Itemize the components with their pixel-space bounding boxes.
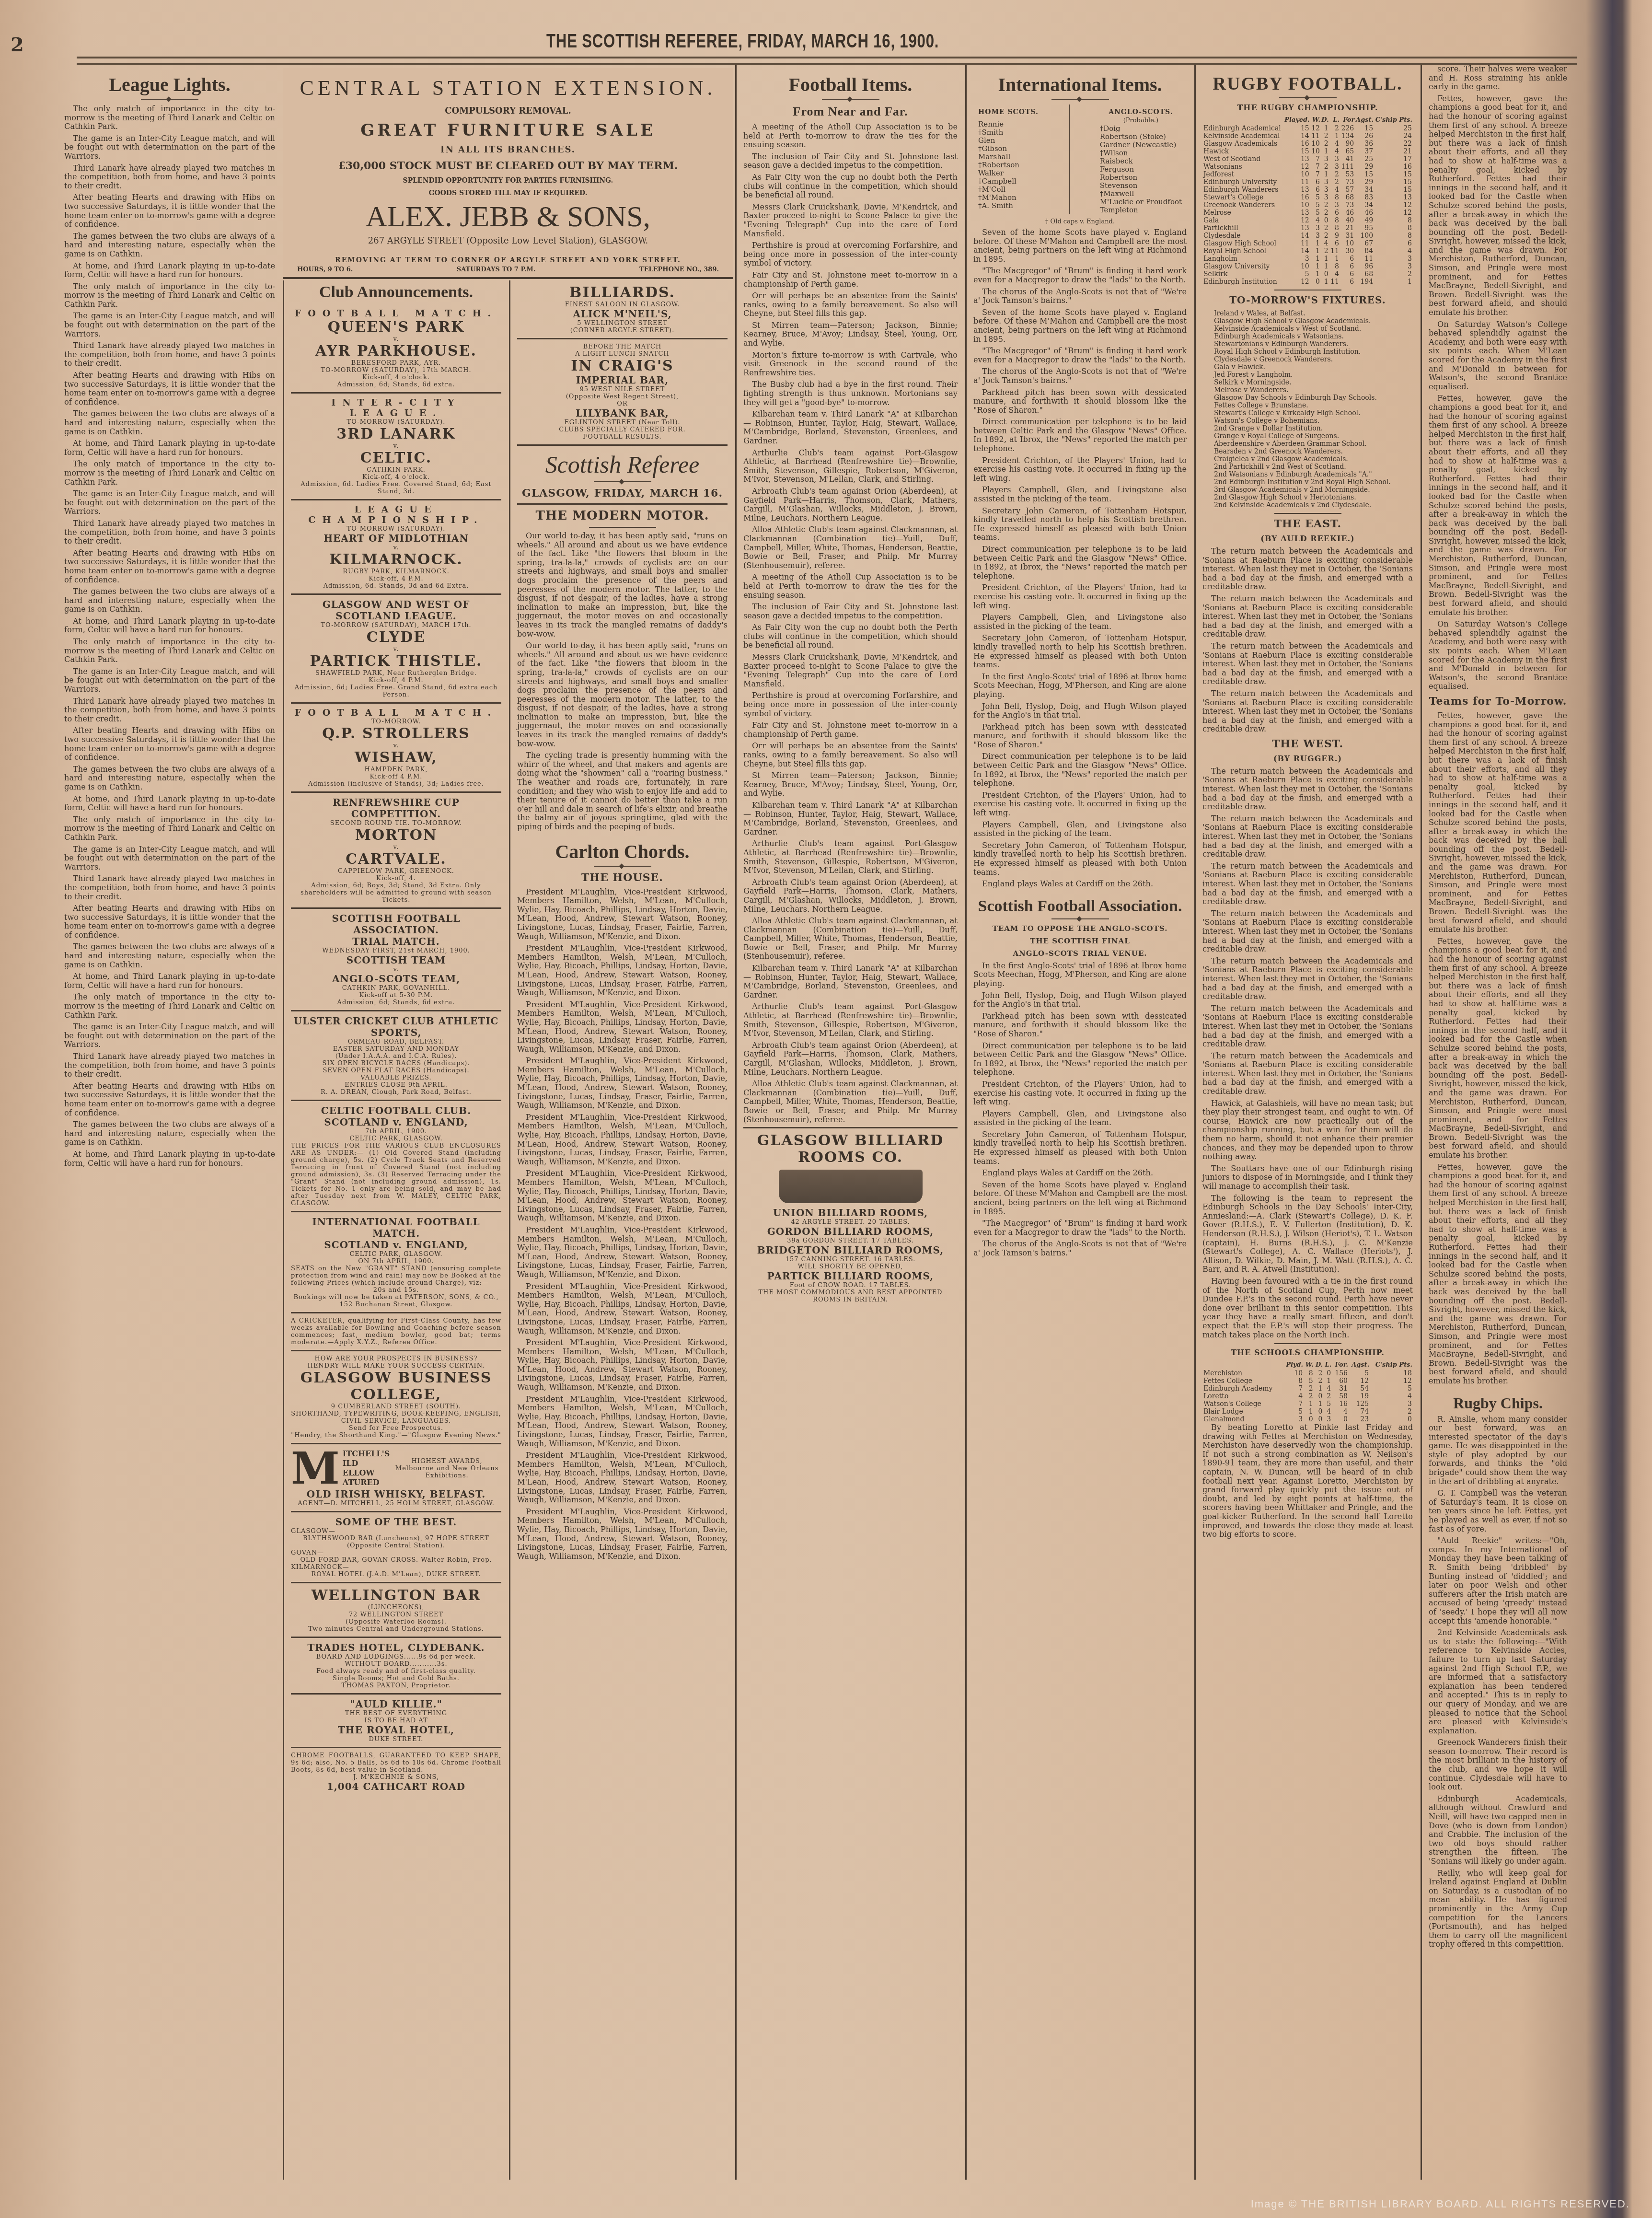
- stat-cell: 31: [1332, 1385, 1349, 1393]
- ad-address: 267 ARGYLE STREET (Opposite Low Level St…: [283, 236, 733, 246]
- stat-cell: 12: [1374, 209, 1413, 217]
- fixture-item: Kelvinside Academicals v West of Scotlan…: [1214, 325, 1413, 333]
- stat-cell: 10: [1340, 240, 1355, 247]
- billiard-table-illustration: [779, 1170, 923, 1203]
- ad-firm-name: IN CRAIG'S: [517, 358, 728, 374]
- table-row: Kelvinside Academical1411211342624: [1202, 132, 1413, 140]
- paragraph: Secretary John Cameron, of Tottenham Hot…: [973, 507, 1187, 542]
- table-row: Merchiston10820156518: [1202, 1370, 1413, 1377]
- section-title-teams: Teams for To-Morrow.: [1429, 695, 1567, 708]
- ad-venue: HAMPDEN PARK,: [291, 766, 501, 773]
- stat-cell: 12: [1370, 1377, 1413, 1385]
- ad-address: 5 WELLINGTON STREET: [517, 320, 728, 327]
- advert-some-of-the-best: SOME OF THE BEST. GLASGOW— BLYTHSWOOD BA…: [291, 1512, 501, 1583]
- stat-cell: 1: [1321, 255, 1329, 263]
- stat-cell: 25: [1374, 125, 1413, 132]
- ad-firm-name: J. M'KECHNIE & SONS,: [291, 1774, 501, 1781]
- stat-cell: 0: [1321, 217, 1329, 224]
- stat-cell: 3: [1329, 163, 1340, 171]
- stat-cell: 16: [1283, 194, 1310, 201]
- paragraph: Third Lanark have already played two mat…: [64, 1052, 275, 1079]
- ad-venue: BERESFORD PARK, AYR.: [291, 360, 501, 367]
- ad-line: GOODS STORED TILL MAY IF REQUIRED.: [283, 189, 733, 197]
- ad-away-team: CARTVALE.: [291, 851, 501, 868]
- column-header: W.: [1310, 116, 1321, 125]
- table-row: Glasgow Academicals161024903622: [1202, 140, 1413, 148]
- table-row: Selkirk51046682: [1202, 270, 1413, 278]
- fixture-item: Jed Forest v Langholm.: [1214, 371, 1413, 379]
- section-subtitle: THE SCOTTISH FINAL: [973, 937, 1187, 945]
- team-name: Watson's College: [1202, 1400, 1283, 1408]
- ad-versus: v.: [291, 966, 501, 973]
- player-name: Marshall: [978, 153, 1039, 161]
- stat-cell: 1: [1310, 270, 1321, 278]
- ad-room-name: GORDON BILLIARD ROOMS,: [743, 1226, 958, 1237]
- stat-cell: 10: [1283, 171, 1310, 178]
- stat-cell: 12: [1310, 125, 1321, 132]
- paragraph: Fettes, however, gave the champions a go…: [1429, 394, 1567, 617]
- team-lists: HOME SCOTS. Rennie†SmithGlen†GibsonMarsh…: [978, 105, 1182, 214]
- stat-cell: 1: [1329, 132, 1340, 140]
- page-number: 2: [11, 34, 24, 56]
- ad-line: R. A. DREAN, Clough, Park Road, Belfast.: [291, 1089, 501, 1096]
- stat-cell: 0: [1332, 1416, 1349, 1423]
- paragraph: The return match between the Academicals…: [1202, 1004, 1413, 1049]
- paragraph: After beating Hearts and drawing with Hi…: [64, 193, 275, 229]
- advert-celtic-football-club: CELTIC FOOTBALL CLUB. SCOTLAND v. ENGLAN…: [291, 1101, 501, 1212]
- ad-line: IS TO BE HAD AT: [291, 1717, 501, 1724]
- stat-cell: 15: [1355, 171, 1374, 178]
- paragraph: Parkhead pitch has been sown with dessic…: [973, 723, 1187, 750]
- stat-cell: 29: [1355, 178, 1374, 186]
- stat-cell: 3: [1321, 186, 1329, 194]
- table-row: Glenalmond30030230: [1202, 1416, 1413, 1423]
- stat-cell: 14: [1283, 247, 1310, 255]
- home-scots-list: HOME SCOTS. Rennie†SmithGlen†GibsonMarsh…: [978, 105, 1039, 214]
- section-title-international-items: International Items.: [973, 73, 1187, 96]
- column-editorial: BILLIARDS. FINEST SALOON IN GLASGOW. ALI…: [509, 280, 734, 2180]
- furniture-sale-advert: CENTRAL STATION EXTENSION. COMPULSORY RE…: [283, 68, 733, 279]
- byline: (BY AULD REEKIE.): [1202, 534, 1413, 543]
- ornament-divider: [141, 99, 198, 100]
- paragraph: "The Macgregor" of "Brum" is finding it …: [973, 267, 1187, 284]
- paragraph: President M'Laughlin, Vice-President Kir…: [517, 1169, 728, 1223]
- paragraph: The only match of importance in the city…: [64, 460, 275, 487]
- ad-heading: INTER-CITY LEAGUE.: [291, 397, 501, 418]
- ad-heading: RENFREWSHIRE CUP COMPETITION.: [291, 797, 501, 820]
- paragraph: Perthshire is proud at overcoming Forfar…: [743, 691, 958, 718]
- ad-body: THE PRICES FOR THE VARIOUS CLUB ENCLOSUR…: [291, 1142, 501, 1207]
- ad-line: OR: [517, 400, 728, 407]
- paragraph: The game is an Inter-City League match, …: [64, 489, 275, 516]
- fixture-item: 2nd Partickhill v 2nd West of Scotland.: [1214, 463, 1413, 471]
- paragraph: By beating Loretto at Pinkie last Friday…: [1202, 1423, 1413, 1539]
- ad-match: SCOTLAND v. ENGLAND,: [291, 1239, 501, 1251]
- paragraph: Messrs Clark Cruickshank, Davie, M'Kendr…: [743, 203, 958, 238]
- stat-cell: 2: [1329, 171, 1340, 178]
- stat-cell: 0: [1314, 1416, 1324, 1423]
- ad-line: REMOVING AT TERM TO CORNER OF ARGYLE STR…: [283, 256, 733, 264]
- advert-wellington-bar: WELLINGTON BAR (LUNCHEONS), 72 WELLINGTO…: [291, 1583, 501, 1638]
- paragraph: Direct communication per telephone is to…: [973, 545, 1187, 581]
- advert-chrome-footballs: CHROME FOOTBALLS, GUARANTEED TO KEEP SHA…: [291, 1748, 501, 1796]
- ad-line: £30,000 STOCK MUST BE CLEARED OUT BY MAY…: [283, 160, 733, 172]
- paragraph: Alloa Athletic Club's team against Clack…: [743, 525, 958, 570]
- paragraph: The return match between the Academicals…: [1202, 642, 1413, 686]
- paragraph: The inclusion of Fair City and St. Johns…: [743, 152, 958, 170]
- stat-cell: 10: [1283, 201, 1310, 209]
- stat-cell: 8: [1329, 194, 1340, 201]
- paragraph: President Crichton, of the Players' Unio…: [973, 456, 1187, 483]
- fixture-item: Glasgow Day Schools v Edinburgh Day Scho…: [1214, 394, 1413, 402]
- paragraph: Orr will perhaps be an absentee from the…: [743, 742, 958, 768]
- stat-cell: 2: [1323, 1393, 1332, 1400]
- stat-cell: 13: [1374, 194, 1413, 201]
- stat-cell: 4: [1332, 1408, 1349, 1416]
- list-heading: ANGLO-SCOTS.: [1100, 108, 1182, 116]
- stat-cell: 22: [1374, 140, 1413, 148]
- stat-cell: 4: [1329, 270, 1340, 278]
- paragraph: Secretary John Cameron, of Tottenham Hot…: [973, 1130, 1187, 1166]
- stat-cell: 8: [1329, 263, 1340, 270]
- column-header: Agst.: [1349, 1361, 1370, 1370]
- stat-cell: 1: [1321, 171, 1329, 178]
- column-header: C'ship Pts.: [1374, 116, 1413, 125]
- team-name: Langholm: [1202, 255, 1283, 263]
- fixture-item: Gala v Hawick.: [1214, 363, 1413, 371]
- paragraph: Having been favoured with a tie in the f…: [1202, 1277, 1413, 1339]
- fixture-item: Aberdeenshire v Aberdeen Grammar School.: [1214, 440, 1413, 448]
- paragraph: President Crichton, of the Players' Unio…: [973, 1080, 1187, 1107]
- paragraph: Messrs Clark Cruickshank, Davie, M'Kendr…: [743, 653, 958, 688]
- ad-date: TO-MORROW (SATURDAY).: [291, 418, 501, 426]
- paragraph: R. Ainslie, whom many consider our best …: [1429, 1415, 1567, 1486]
- section-title-football-items: Football Items.: [743, 73, 958, 96]
- paragraph: Third Lanark have already played two mat…: [64, 341, 275, 368]
- stat-cell: 5: [1283, 1408, 1304, 1416]
- ad-firm-name: TRADES HOTEL, CLYDEBANK.: [291, 1642, 501, 1653]
- table-row: Langholm31116113: [1202, 255, 1413, 263]
- fixture-item: Bearsden v 2nd Greenock Wanderers.: [1214, 448, 1413, 455]
- team-name: Glasgow University: [1202, 263, 1283, 270]
- paragraph: John Bell, Hyslop, Doig, and Hugh Wilson…: [973, 702, 1187, 720]
- stat-cell: 156: [1332, 1370, 1349, 1377]
- ad-line: (CORNER ARGYLE STREET).: [517, 327, 728, 334]
- ad-venue: CELTIC PARK, GLASGOW.: [291, 1135, 501, 1142]
- paragraph: After beating Hearts and drawing with Hi…: [64, 1082, 275, 1117]
- stat-cell: 11: [1329, 247, 1340, 255]
- ad-heading: SOME OF THE BEST.: [291, 1516, 501, 1528]
- team-name: Glasgow High School: [1202, 240, 1283, 247]
- ad-line: IN ALL ITS BRANCHES.: [283, 145, 733, 155]
- stat-cell: 3: [1321, 178, 1329, 186]
- ad-admission: Admission, 6d; Stands, 6d extra.: [291, 999, 501, 1006]
- stat-cell: 37: [1355, 148, 1374, 155]
- paragraph: The games between the two clubs are alwa…: [64, 765, 275, 792]
- stat-cell: 10: [1310, 140, 1321, 148]
- paragraph: Secretary John Cameron, of Tottenham Hot…: [973, 841, 1187, 877]
- ad-line: IMPERIAL BAR,: [517, 374, 728, 386]
- stat-cell: 58: [1332, 1393, 1349, 1400]
- player-name: Walker: [978, 169, 1039, 177]
- table-row: Clydesdale14329311008: [1202, 232, 1413, 240]
- column-rugby-continued: score. Their halves were weaker and H. R…: [1421, 65, 1574, 2180]
- ad-line: FINEST SALOON IN GLASGOW.: [517, 301, 728, 308]
- stat-cell: 3: [1310, 232, 1321, 240]
- stat-cell: 6: [1329, 240, 1340, 247]
- stat-cell: 1: [1304, 1400, 1314, 1408]
- stat-cell: 13: [1283, 209, 1310, 217]
- paragraph: The Souttars have one of our Edinburgh r…: [1202, 1164, 1413, 1191]
- ad-line: A LIGHT LUNCH SNATCH: [517, 350, 728, 358]
- stat-cell: 2: [1321, 232, 1329, 240]
- team-name: West of Scotland: [1202, 155, 1283, 163]
- table-row: Edinburgh Institution12011161941: [1202, 278, 1413, 286]
- table-title: THE RUGBY CHAMPIONSHIP.: [1202, 103, 1413, 112]
- paragraph: Hawick, at Galashiels, will have no mean…: [1202, 1099, 1413, 1161]
- stat-cell: 1: [1310, 263, 1321, 270]
- stat-cell: 15: [1283, 125, 1310, 132]
- paragraph: Third Lanark have already played two mat…: [64, 697, 275, 724]
- column-international-items: International Items. HOME SCOTS. Rennie†…: [965, 65, 1193, 2180]
- column-header: [1202, 1361, 1283, 1370]
- advert-inter-city-league: INTER-CITY LEAGUE. TO-MORROW (SATURDAY).…: [291, 394, 501, 500]
- ad-firm-name: THE ROYAL HOTEL,: [291, 1724, 501, 1736]
- stat-cell: 7: [1310, 163, 1321, 171]
- ad-kickoff: Kick-off, 4 o'clock.: [291, 374, 501, 381]
- paragraph: The games between the two clubs are alwa…: [64, 409, 275, 436]
- stat-cell: 5: [1310, 209, 1321, 217]
- column-header: For.: [1332, 1361, 1349, 1370]
- stat-cell: 12: [1283, 163, 1310, 171]
- ad-kickoff: Kick-off, 4 o'clock.: [291, 474, 501, 481]
- paragraph: Arbroath Club's team against Orion (Aber…: [743, 878, 958, 914]
- paragraph: The chorus of the Anglo-Scots is not tha…: [973, 1240, 1187, 1257]
- table-row: Watson's College7115161253: [1202, 1400, 1413, 1408]
- team-name: Merchiston: [1202, 1370, 1283, 1377]
- column-header: L.: [1323, 1361, 1332, 1370]
- stat-cell: 6: [1340, 270, 1355, 278]
- stat-cell: 0: [1314, 1408, 1324, 1416]
- stat-cell: 13: [1283, 224, 1310, 232]
- stat-cell: 73: [1340, 201, 1355, 209]
- stat-cell: 4: [1323, 1408, 1332, 1416]
- ad-venue: RUGBY PARK, KILMARNOCK.: [291, 568, 501, 575]
- acrostic-word: ELLOW: [343, 1468, 390, 1478]
- fixture-item: Grange v Royal College of Surgeons.: [1214, 432, 1413, 440]
- ad-heading: GLASGOW BILLIARD ROOMS CO.: [743, 1132, 958, 1166]
- ad-line: "Hendry, the Shorthand King."—"Glasgow E…: [291, 1432, 501, 1439]
- column-header: W.: [1304, 1361, 1314, 1370]
- stat-cell: 1: [1304, 1408, 1314, 1416]
- ad-venue: SHAWFIELD PARK, Near Rutherglen Bridge.: [291, 670, 501, 677]
- stat-cell: 1: [1321, 125, 1329, 132]
- ad-date: ON 7th APRIL, 1900.: [291, 1258, 501, 1265]
- player-name: †M'Coll: [978, 186, 1039, 194]
- ad-room-detail: 39a GORDON STREET. 17 TABLES.: [743, 1237, 958, 1244]
- ad-away-team: WISHAW,: [291, 749, 501, 766]
- ad-line: OLD FORD BAR, GOVAN CROSS. Walter Robin,…: [291, 1556, 501, 1564]
- fixture-item: Royal High School v Edinburgh Institutio…: [1214, 348, 1413, 356]
- advert-business-college: HOW ARE YOUR PROSPECTS IN BUSINESS? HEND…: [291, 1351, 501, 1444]
- stat-cell: 10: [1283, 263, 1310, 270]
- fixture-item: 2nd Grange v Dollar Institution.: [1214, 425, 1413, 432]
- team-name: Kelvinside Academical: [1202, 132, 1283, 140]
- stat-cell: 31: [1340, 232, 1355, 240]
- paragraph: Parkhead pitch has been sown with dessic…: [973, 388, 1187, 415]
- table-header-row: Plyd.W.D.L.For.Agst.C'ship Pts.: [1202, 1361, 1413, 1370]
- ad-address: 95 WEST NILE STREET: [517, 386, 728, 393]
- anglo-scots-list: ANGLO-SCOTS. (Probable.) †DoigRobertson …: [1100, 105, 1182, 214]
- paragraph: After beating Hearts and drawing with Hi…: [64, 549, 275, 584]
- ad-heading: FOOTBALL MATCH.: [291, 308, 501, 319]
- table-row: Glasgow High School1114610676: [1202, 240, 1413, 247]
- paragraph: Players Campbell, Glen, and Livingstone …: [973, 486, 1187, 503]
- stat-cell: 30: [1340, 247, 1355, 255]
- player-name: Rennie: [978, 120, 1039, 128]
- ad-line: ENTRIES CLOSE 9th APRIL.: [291, 1081, 501, 1089]
- section-title-sfa: Scottish Football Association.: [973, 897, 1187, 916]
- stat-cell: 125: [1349, 1400, 1370, 1408]
- stat-cell: 4: [1374, 247, 1413, 255]
- ad-kickoff: Kick-off, 4.: [291, 875, 501, 882]
- stat-cell: 15: [1283, 148, 1310, 155]
- ad-heading: GLASGOW AND WEST OF SCOTLAND LEAGUE.: [291, 599, 501, 622]
- ad-line: Two minutes Central and Underground Stat…: [291, 1626, 501, 1633]
- stat-cell: 96: [1355, 263, 1374, 270]
- ad-away-team: ANGLO-SCOTS TEAM,: [291, 973, 501, 985]
- stat-cell: 12: [1349, 1377, 1370, 1385]
- table-row: Jedforest10712531515: [1202, 171, 1413, 178]
- stat-cell: 16: [1332, 1400, 1349, 1408]
- advert-glasgow-west-league: GLASGOW AND WEST OF SCOTLAND LEAGUE. TO-…: [291, 595, 501, 704]
- stat-cell: 4: [1310, 217, 1321, 224]
- stat-cell: 3: [1329, 201, 1340, 209]
- stat-cell: 0: [1323, 1370, 1332, 1377]
- stat-cell: 95: [1355, 224, 1374, 232]
- whisky-acrostic: M ITCHELL'S ILD ELLOW ATURED HIGHEST AWA…: [291, 1448, 501, 1488]
- stat-cell: 2: [1329, 178, 1340, 186]
- list-heading: HOME SCOTS.: [978, 108, 1039, 116]
- stat-cell: 8: [1374, 217, 1413, 224]
- ad-firm-name: ALEX. JEBB & SONS,: [283, 200, 733, 234]
- ad-versus: v.: [291, 336, 501, 343]
- stat-cell: 40: [1340, 217, 1355, 224]
- ad-line: BLYTHSWOOD BAR (Luncheons), 97 HOPE STRE…: [291, 1535, 501, 1549]
- team-name: Edinburgh Academy: [1202, 1385, 1283, 1393]
- player-name: †M'Mahon: [978, 194, 1039, 202]
- paragraph: St Mirren team—Paterson; Jackson, Binnie…: [743, 321, 958, 348]
- stat-cell: 1: [1321, 148, 1329, 155]
- paragraph: Direct communication per telephone is to…: [973, 1042, 1187, 1077]
- stat-cell: 29: [1355, 163, 1374, 171]
- ad-headline: CENTRAL STATION EXTENSION.: [283, 76, 733, 100]
- player-name: †Smith: [978, 128, 1039, 137]
- advert-trades-hotel: TRADES HOTEL, CLYDEBANK. BOARD AND LODGI…: [291, 1638, 501, 1695]
- ad-room-detail: 157 CANNING STREET. 16 TABLES.: [743, 1256, 958, 1263]
- paragraph: The chorus of the Anglo-Scots is not tha…: [973, 367, 1187, 385]
- copyright-credit: Image © THE BRITISH LIBRARY BOARD. ALL R…: [1251, 2198, 1630, 2210]
- ad-venue: ORMEAU ROAD, BELFAST.: [291, 1038, 501, 1045]
- ad-home-team: SCOTTISH TEAM: [291, 954, 501, 966]
- column-header: For: [1340, 116, 1355, 125]
- paragraph: Parkhead pitch has been sown with dessic…: [973, 1012, 1187, 1039]
- stat-cell: 3: [1374, 263, 1413, 270]
- ad-heading: BILLIARDS.: [517, 284, 728, 301]
- column-header: Played.: [1283, 116, 1310, 125]
- ornament-divider: [1279, 97, 1337, 98]
- acrostic-words: ITCHELL'S ILD ELLOW ATURED: [343, 1449, 390, 1487]
- ornament-divider: [594, 866, 651, 867]
- stat-cell: 111: [1340, 163, 1355, 171]
- paragraph: At home, and Third Lanark playing in up-…: [64, 795, 275, 813]
- paragraph: The inclusion of Fair City and St. Johns…: [743, 603, 958, 620]
- paragraph: "Auld Reekie" writes:—"Oh, comps. In my …: [1429, 1536, 1567, 1626]
- ad-line: (Opposite Waterloo Rooms).: [291, 1618, 501, 1626]
- fixture-item: Clydesdale v Greenock Wanderers.: [1214, 356, 1413, 363]
- paragraph: A meeting of the Atholl Cup Association …: [743, 123, 958, 150]
- section-title-club-announcements: Club Announcements.: [291, 283, 501, 302]
- stat-cell: 2: [1321, 140, 1329, 148]
- stat-cell: 8: [1283, 1377, 1304, 1385]
- stat-cell: 26: [1355, 132, 1374, 140]
- paragraph: On Saturday Watson's College behaved spl…: [1429, 320, 1567, 392]
- paragraph: Third Lanark have already played two mat…: [64, 874, 275, 901]
- column-football-items: Football Items. From Near and Far. A mee…: [735, 65, 964, 2180]
- paragraph: Seven of the home Scots have played v. E…: [973, 1181, 1187, 1216]
- page-header: 2 THE SCOTTISH REFEREE, FRIDAY, MARCH 16…: [0, 24, 1652, 53]
- ad-firm-name: WELLINGTON BAR: [291, 1587, 501, 1604]
- stat-cell: 3: [1321, 155, 1329, 163]
- stat-cell: 2: [1321, 247, 1329, 255]
- stat-cell: 1: [1314, 1385, 1324, 1393]
- ad-firm-name: ALICK M'NEIL'S,: [517, 308, 728, 320]
- paragraph: President M'Laughlin, Vice-President Kir…: [517, 1000, 728, 1054]
- divider: [1274, 513, 1341, 514]
- ad-footer: HOURS, 9 TO 6. SATURDAYS TO 7 P.M. TELEP…: [283, 264, 733, 277]
- fixture-item: Edinburgh Academicals v Watsonians.: [1214, 333, 1413, 340]
- stat-cell: 3: [1374, 255, 1413, 263]
- team-name: Selkirk: [1202, 270, 1283, 278]
- newspaper-page: 2 THE SCOTTISH REFEREE, FRIDAY, MARCH 16…: [0, 0, 1652, 2218]
- stat-cell: 13: [1283, 186, 1310, 194]
- stat-cell: 9: [1329, 232, 1340, 240]
- advert-international-match: INTERNATIONAL FOOTBALL MATCH. SCOTLAND v…: [291, 1212, 501, 1313]
- stat-cell: 3: [1310, 224, 1321, 232]
- ad-date: TO-MORROW (SATURDAY).: [291, 525, 501, 533]
- ad-line: HOW ARE YOUR PROSPECTS IN BUSINESS?: [291, 1355, 501, 1362]
- paragraph: President Crichton, of the Players' Unio…: [973, 583, 1187, 610]
- ad-date: EASTER SATURDAY AND MONDAY: [291, 1045, 501, 1053]
- table-row: Edinburgh Academical1512122261525: [1202, 125, 1413, 132]
- ad-telephone: TELEPHONE NO., 389.: [639, 266, 719, 273]
- team-name: Loretto: [1202, 1393, 1283, 1400]
- advert-craigs-imperial-bar: BEFORE THE MATCH A LIGHT LUNCH SNATCH IN…: [517, 339, 728, 446]
- ad-heading: FOOTBALL MATCH.: [291, 708, 501, 718]
- stat-cell: 6: [1340, 263, 1355, 270]
- table-body: Edinburgh Academical1512122261525Kelvins…: [1202, 125, 1413, 286]
- paragraph: President M'Laughlin, Vice-President Kir…: [517, 1508, 728, 1561]
- ad-line: GOVAN—: [291, 1549, 501, 1556]
- stat-cell: 24: [1374, 132, 1413, 140]
- paragraph: Direct communication per telephone is to…: [973, 418, 1187, 453]
- advert-mitchells-whisky: M ITCHELL'S ILD ELLOW ATURED HIGHEST AWA…: [291, 1444, 501, 1512]
- player-name: Gardner (Newcastle): [1100, 141, 1182, 149]
- stat-cell: 65: [1340, 148, 1355, 155]
- ad-away-team: PARTICK THISTLE.: [291, 653, 501, 670]
- ad-home-team: CLYDE: [291, 629, 501, 646]
- paragraph: Morton's fixture to-morrow is with Cartv…: [743, 351, 958, 378]
